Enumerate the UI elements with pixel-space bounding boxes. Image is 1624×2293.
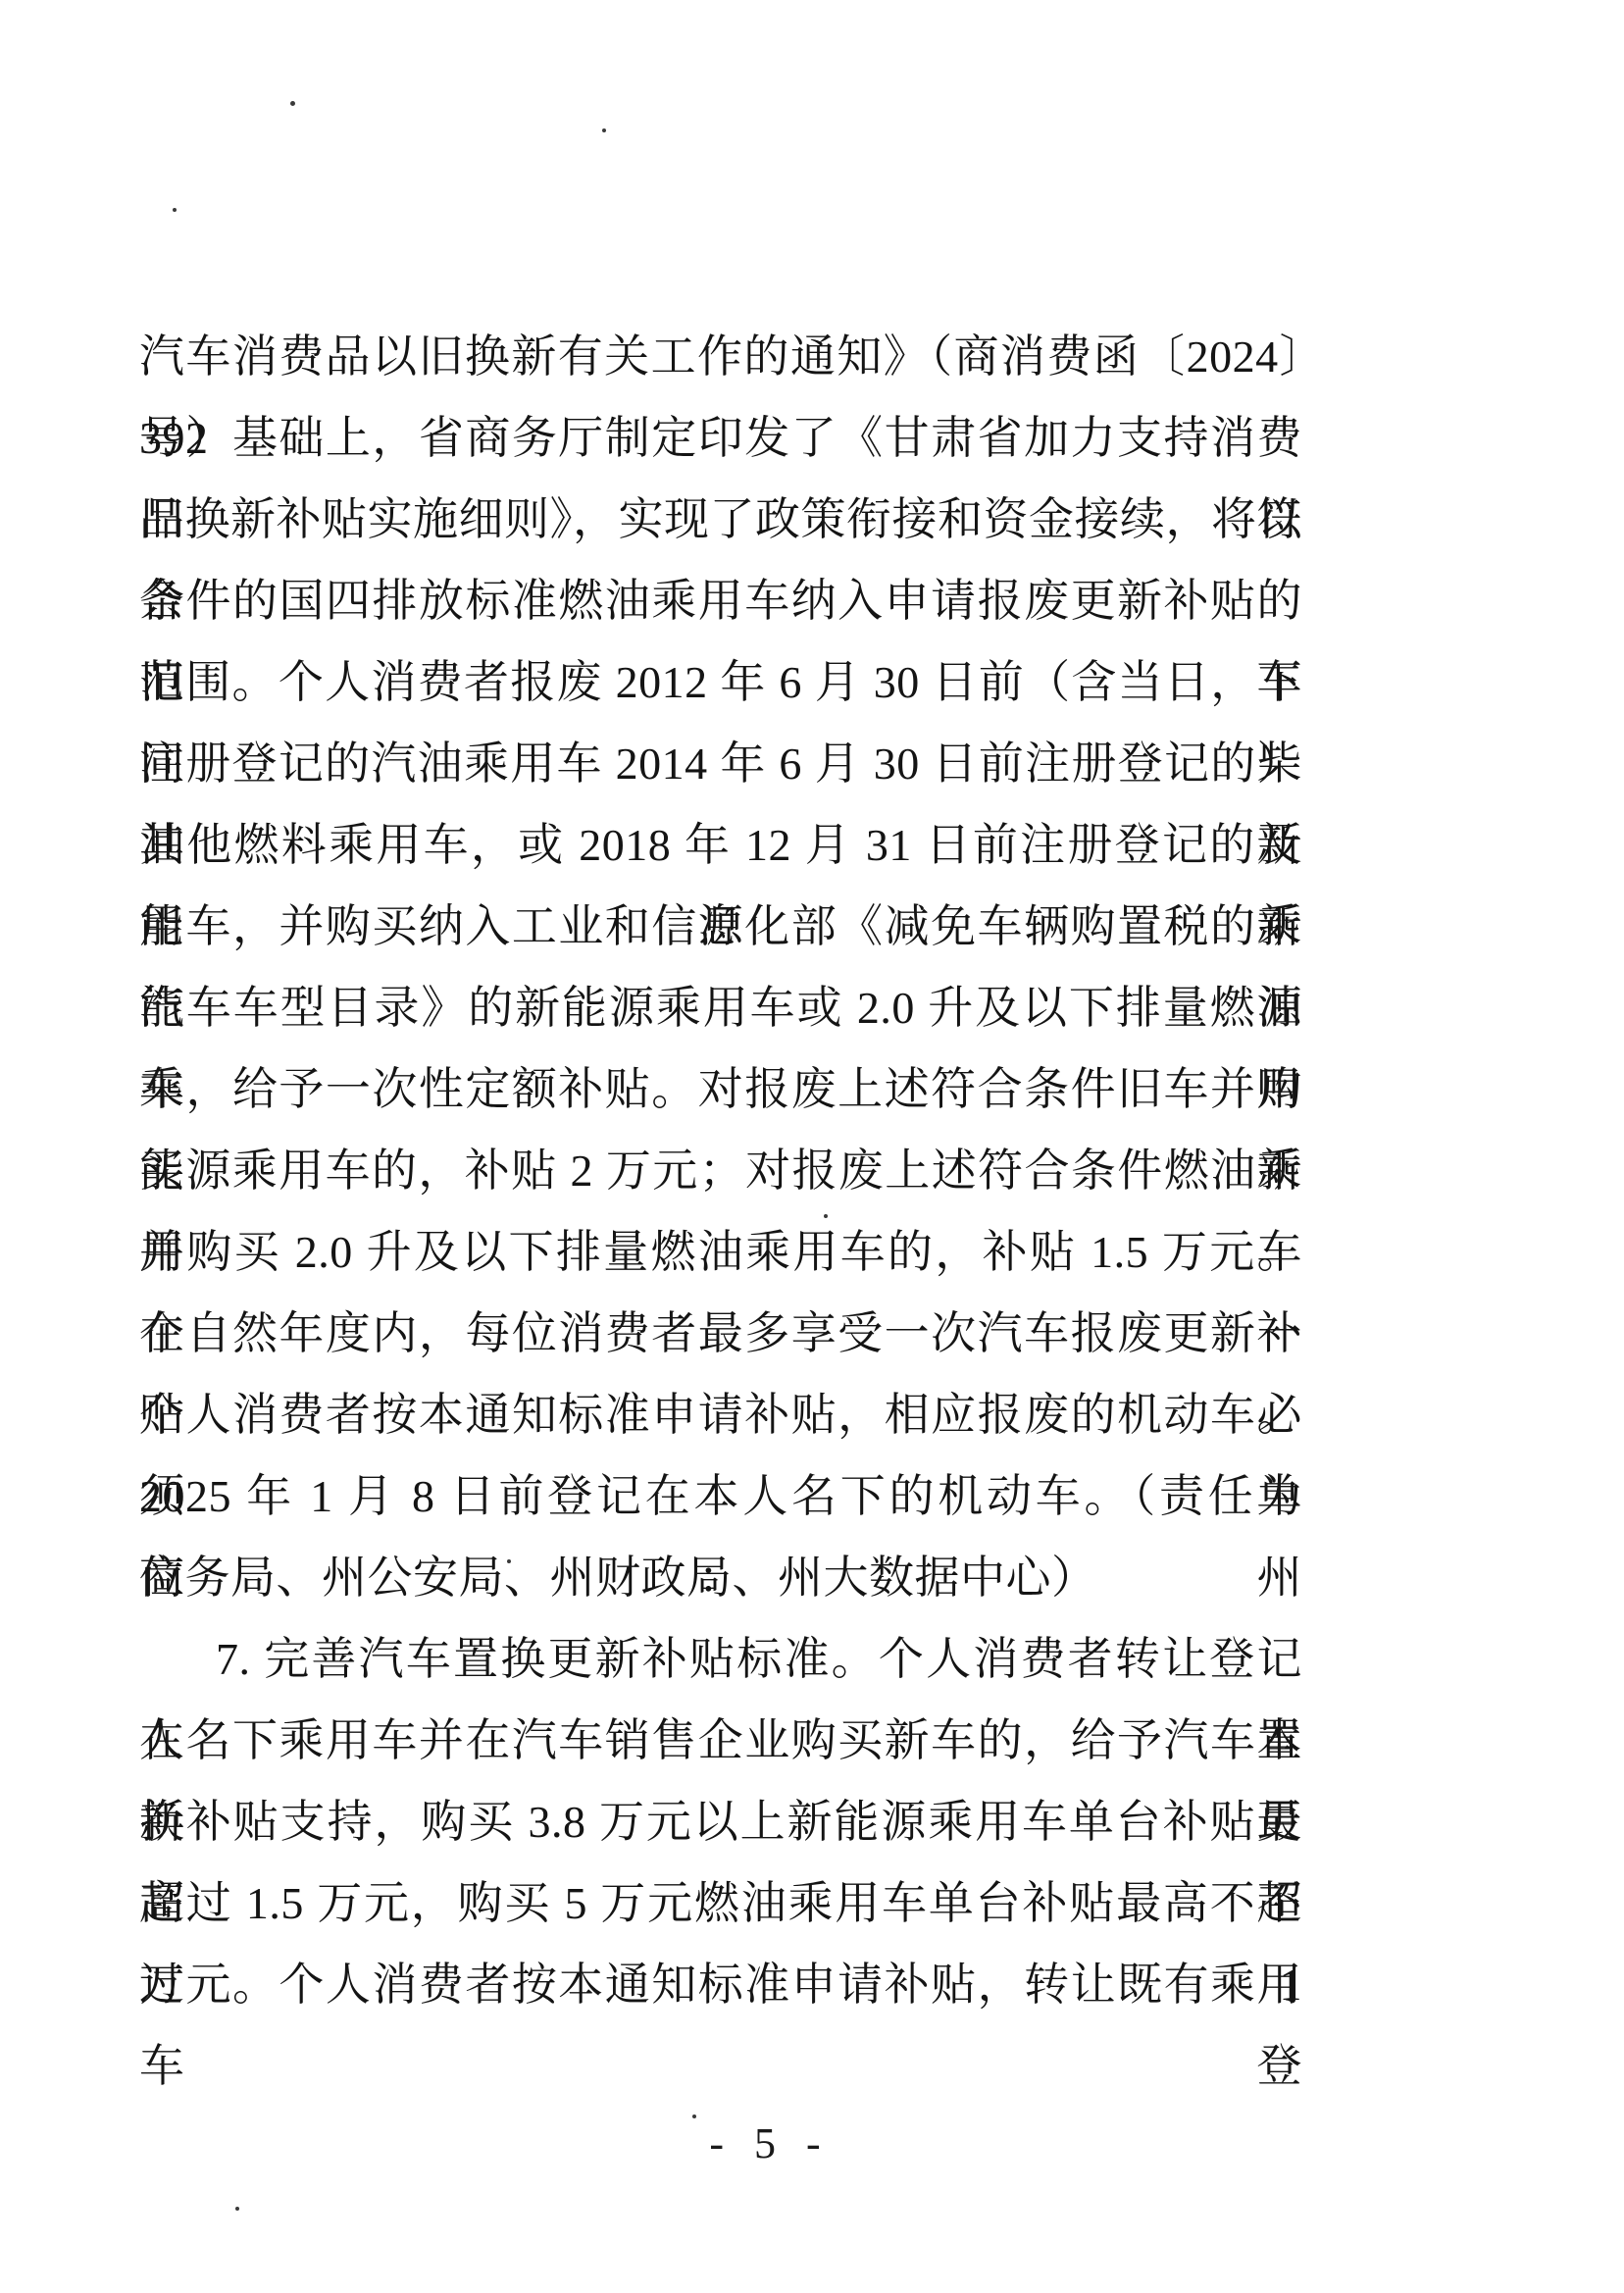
text-line: 7. 完善汽车置换更新补贴标准。个人消费者转让登记在本 (139, 1618, 1302, 1700)
text-line: 新补贴支持，购买 3.8 万元以上新能源乘用车单台补贴最高不 (139, 1781, 1302, 1862)
page-number: - 5 - (686, 2118, 853, 2168)
text-line: 条件的国四排放标准燃油乘用车纳入申请报废更新补贴的旧车 (139, 560, 1302, 641)
text-line: 能源乘用车的，补贴 2 万元；对报废上述符合条件燃油乘用车 (139, 1130, 1302, 1211)
text-line: 车，给予一次性定额补贴。对报废上述符合条件旧车并购买新 (139, 1048, 1302, 1130)
document-lines: 汽车消费品以旧换新有关工作的通知》（商消费函〔2024〕392号）基础上，省商务… (139, 316, 1302, 2025)
text-line: 超过 1.5 万元，购买 5 万元燃油乘用车单台补贴最高不超过 1 (139, 1862, 1302, 1944)
scan-speck (173, 208, 177, 212)
scan-speck (692, 2115, 696, 2118)
text-line: 万元。个人消费者按本通知标准申请补贴，转让既有乘用车登 (139, 1944, 1302, 2025)
text-line: 注册登记的汽油乘用车 2014 年 6 月 30 日前注册登记的柴油及 (139, 723, 1302, 804)
text-line: 范围。个人消费者报废 2012 年 6 月 30 日前（含当日，下同） (139, 641, 1302, 723)
scan-speck (507, 1559, 511, 1563)
text-line: 其他燃料乘用车，或 2018 年 12 月 31 日前注册登记的新能源乘 (139, 804, 1302, 886)
scan-speck (824, 1214, 828, 1218)
text-line: 个人消费者按本通知标准申请补贴，相应报废的机动车必须为 (139, 1374, 1302, 1455)
scan-speck (602, 128, 606, 132)
text-line: 人名下乘用车并在汽车销售企业购买新车的，给予汽车置换更 (139, 1700, 1302, 1781)
text-line: 汽车车型目录》的新能源乘用车或 2.0 升及以下排量燃油乘用 (139, 967, 1302, 1048)
text-line: 用车，并购买纳入工业和信息化部《减免车辆购置税的新能源 (139, 886, 1302, 967)
scan-speck (235, 2207, 239, 2211)
text-line: 号）基础上，省商务厅制定印发了《甘肃省加力支持消费品以 (139, 397, 1302, 479)
scan-speck (290, 101, 295, 106)
document-page: 汽车消费品以旧换新有关工作的通知》（商消费函〔2024〕392号）基础上，省商务… (0, 0, 1624, 2293)
text-line: 旧换新补贴实施细则》，实现了政策衔接和资金接续，将符合 (139, 479, 1302, 560)
text-line: 汽车消费品以旧换新有关工作的通知》（商消费函〔2024〕392 (139, 316, 1302, 397)
text-line: 个自然年度内，每位消费者最多享受一次汽车报废更新补贴。 (139, 1293, 1302, 1374)
text-line: 并购买 2.0 升及以下排量燃油乘用车的，补贴 1.5 万元。在一 (139, 1211, 1302, 1293)
text-line: 2025 年 1 月 8 日前登记在本人名下的机动车。（责任单位：州 (139, 1455, 1302, 1537)
